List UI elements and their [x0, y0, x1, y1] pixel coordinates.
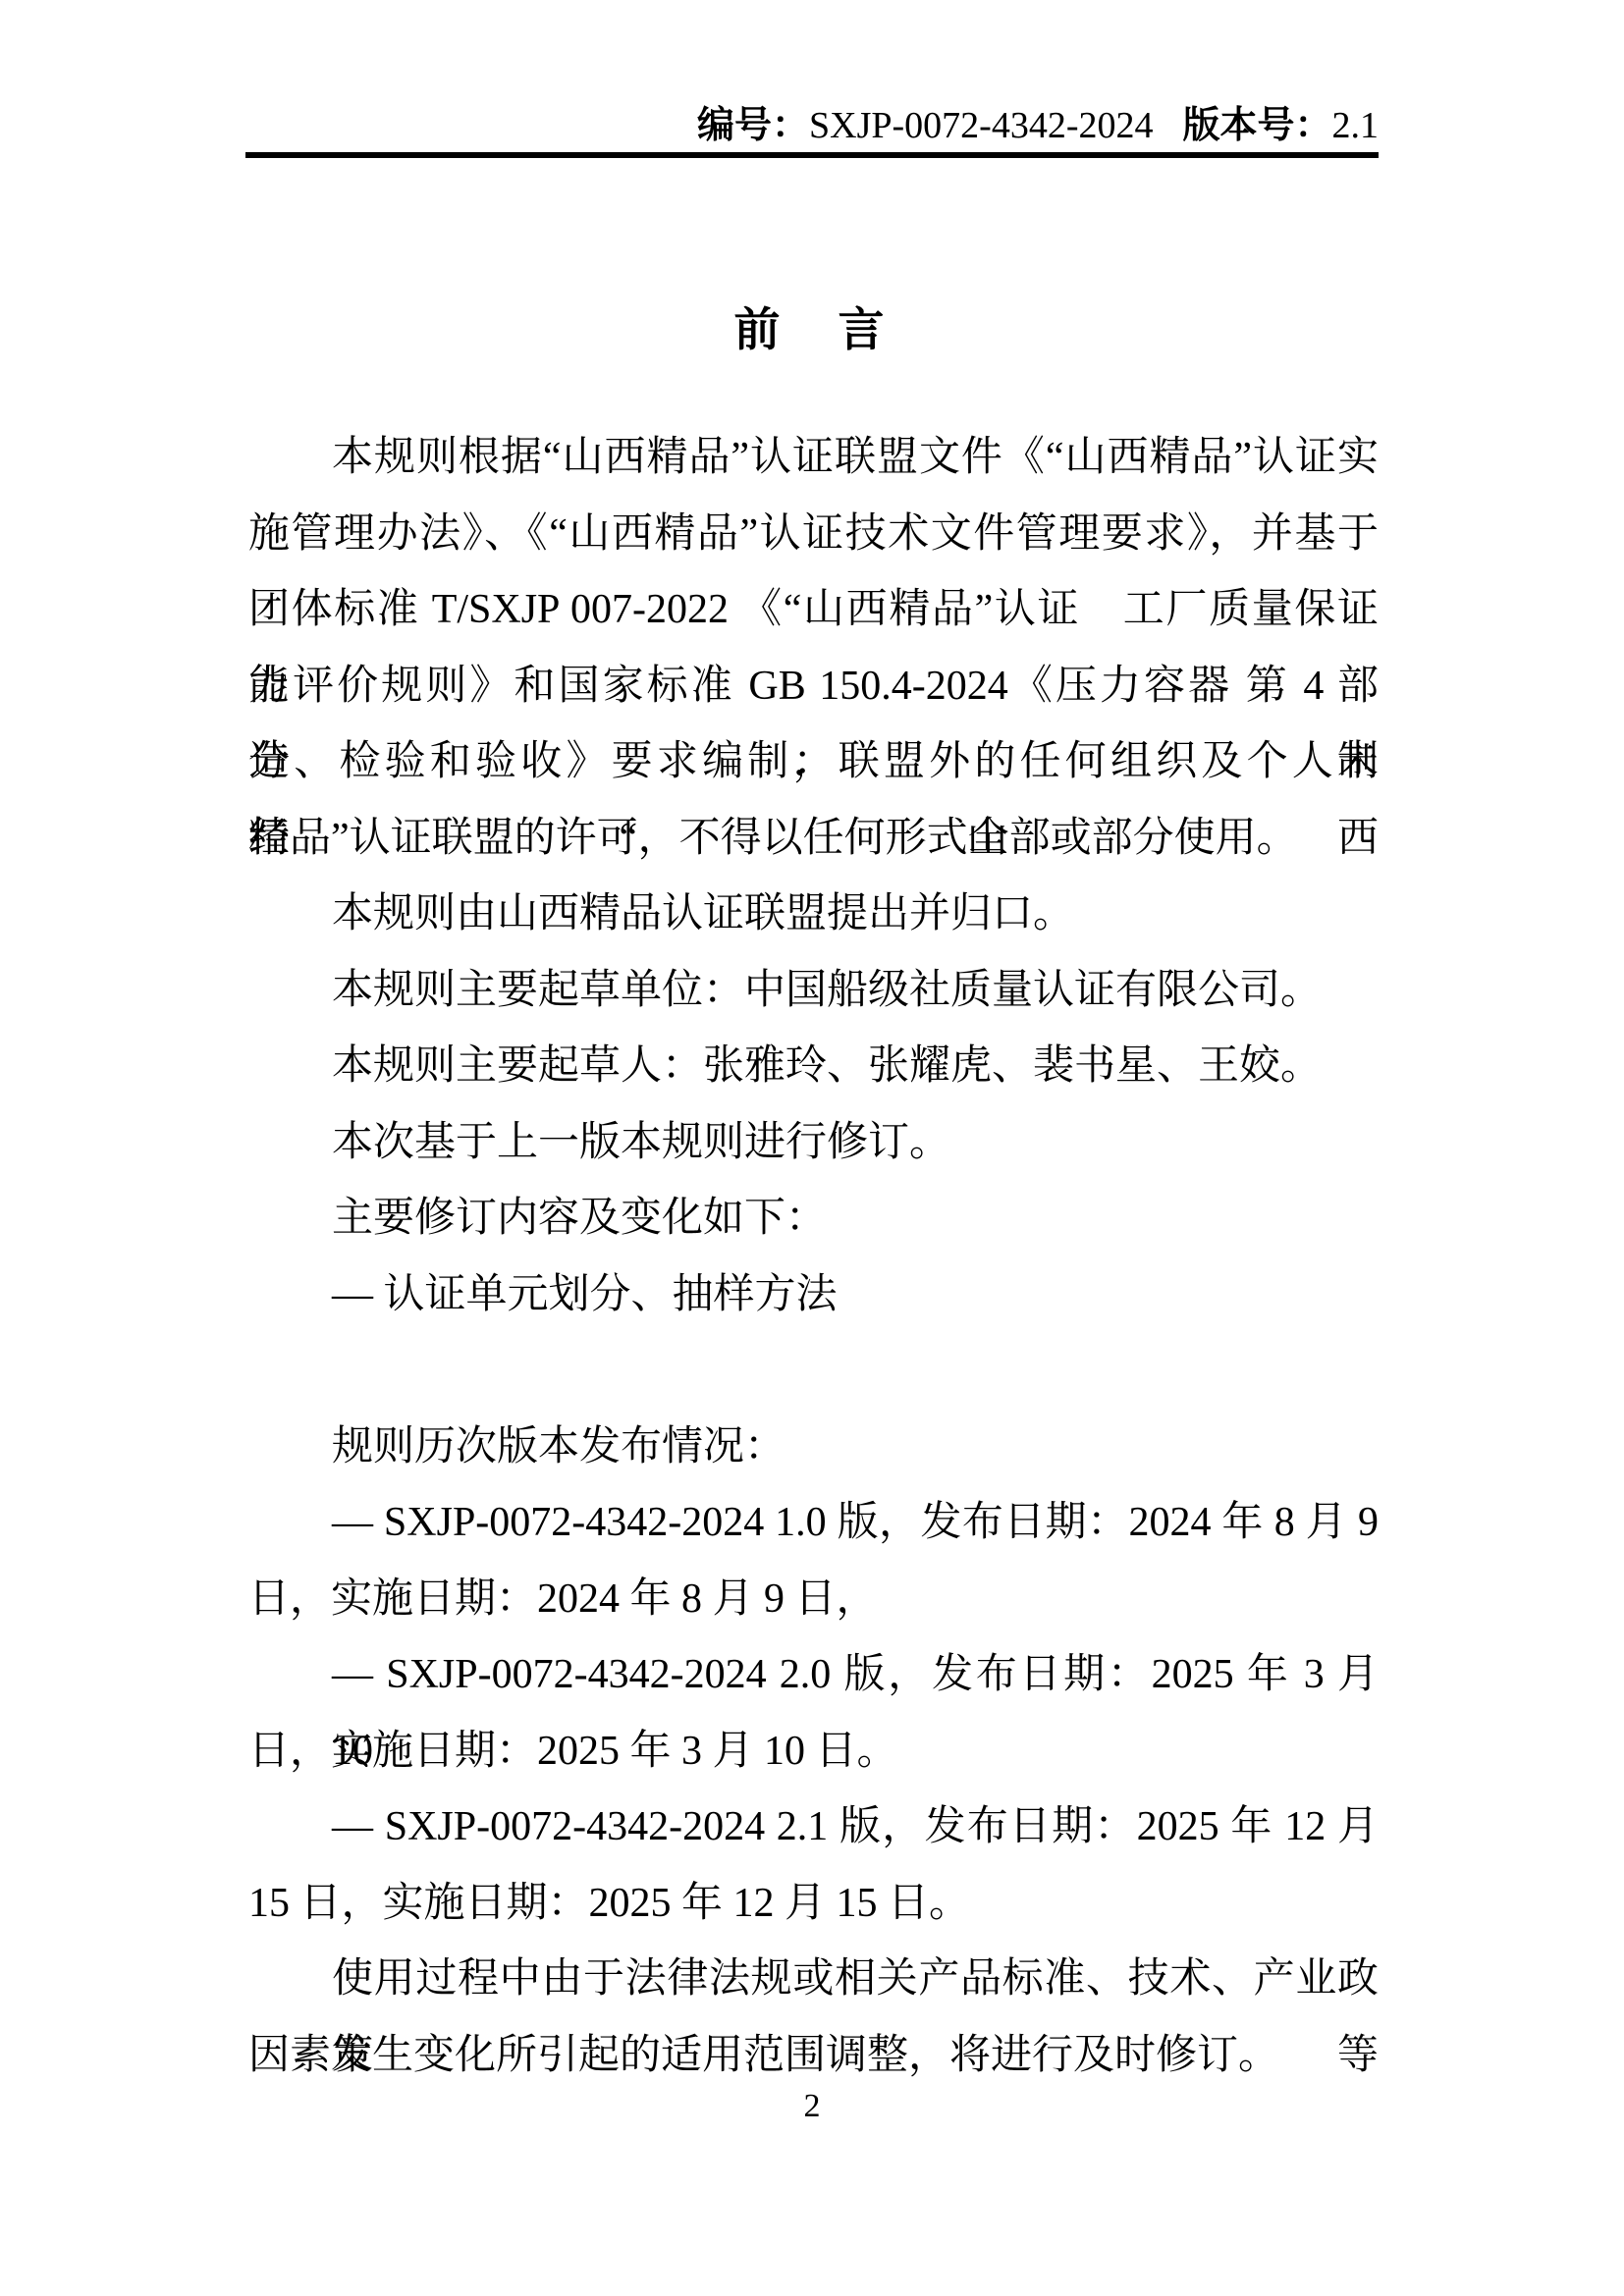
body-line: 使用过程中由于法律法规或相关产品标准、技术、产业政策等	[248, 1942, 1379, 2018]
body-line: 日，实施日期：2024 年 8 月 9 日，	[248, 1562, 1379, 1638]
body-line: 15 日，实施日期：2025 年 12 月 15 日。	[248, 1866, 1379, 1943]
body-line: 本规则主要起草人：张雅玲、张耀虎、裴书星、王姣。	[248, 1029, 1379, 1105]
page-title: 前 言	[0, 300, 1624, 361]
version-label: 版本号：	[1182, 105, 1331, 146]
body-line: — 认证单元划分、抽样方法	[248, 1257, 1379, 1334]
body-line: 团体标准 T/SXJP 007-2022 《“山西精品”认证 工厂质量保证能	[248, 572, 1379, 649]
document-body: 本规则根据“山西精品”认证联盟文件《“山西精品”认证实施管理办法》、《“山西精品…	[248, 420, 1379, 2094]
body-line: 规则历次版本发布情况：	[248, 1410, 1379, 1486]
body-line	[248, 1333, 1379, 1410]
body-line: 本规则由山西精品认证联盟提出并归口。	[248, 877, 1379, 953]
doc-number: SXJP-0072-4342-2024	[809, 105, 1153, 146]
body-line: — SXJP-0072-4342-2024 1.0 版，发布日期：2024 年 …	[248, 1485, 1379, 1562]
body-line: — SXJP-0072-4342-2024 2.0 版，发布日期：2025 年 …	[248, 1637, 1379, 1714]
version-number: 2.1	[1332, 105, 1380, 146]
body-line: 本次基于上一版本规则进行修订。	[248, 1105, 1379, 1182]
header-rule	[245, 152, 1379, 158]
document-header: 编号：SXJP-0072-4342-2024版本号：2.1	[245, 102, 1379, 149]
document-page: 编号：SXJP-0072-4342-2024版本号：2.1 前 言 本规则根据“…	[0, 0, 1624, 2296]
body-line: 本规则根据“山西精品”认证联盟文件《“山西精品”认证实	[248, 420, 1379, 497]
body-line: 主要修订内容及变化如下：	[248, 1181, 1379, 1257]
body-line: 造、检验和验收》要求编制，联盟外的任何组织及个人未经“山西	[248, 724, 1379, 801]
body-line: 本规则主要起草单位：中国船级社质量认证有限公司。	[248, 953, 1379, 1030]
body-line: 精品”认证联盟的许可，不得以任何形式全部或部分使用。	[248, 801, 1379, 878]
body-line: 力评价规则》和国家标准 GB 150.4-2024《压力容器 第 4 部分：制	[248, 649, 1379, 725]
doc-number-label: 编号：	[697, 105, 809, 146]
body-line: 因素发生变化所引起的适用范围调整，将进行及时修订。	[248, 2018, 1379, 2095]
page-number: 2	[0, 2085, 1624, 2128]
body-line: — SXJP-0072-4342-2024 2.1 版，发布日期：2025 年 …	[248, 1789, 1379, 1866]
body-line: 日，实施日期：2025 年 3 月 10 日。	[248, 1714, 1379, 1790]
body-line: 施管理办法》、《“山西精品”认证技术文件管理要求》，并基于	[248, 497, 1379, 573]
